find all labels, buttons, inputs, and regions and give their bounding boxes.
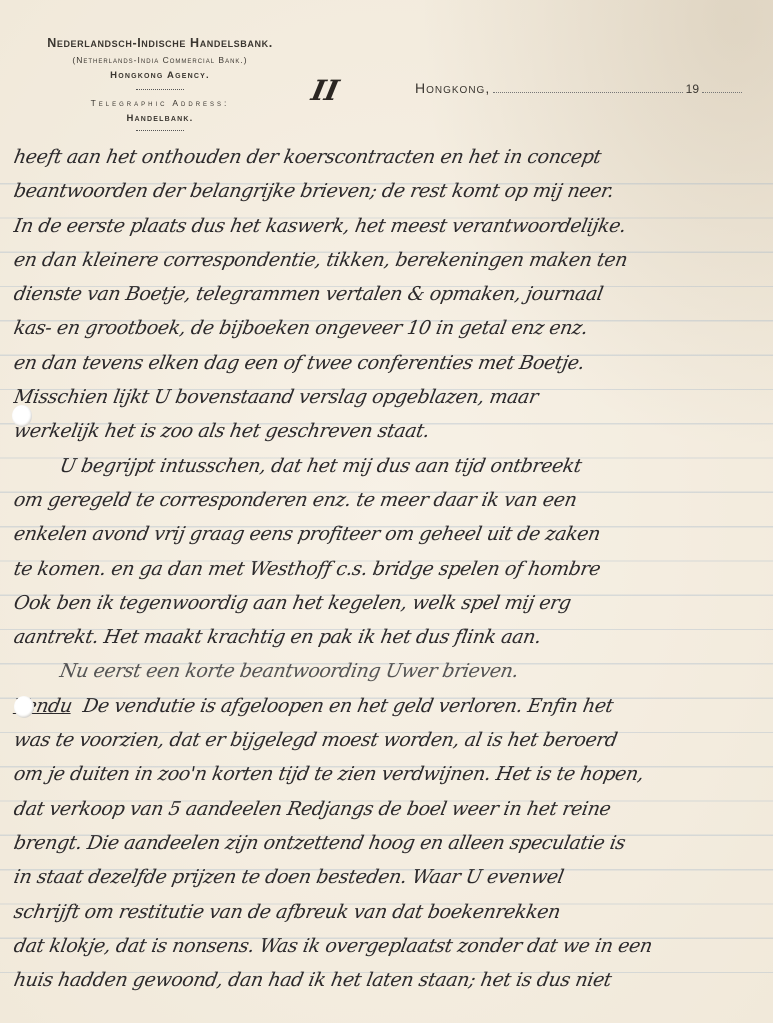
letter-body: heeft aan het onthouden der koerscontrac… [14,140,773,997]
punch-hole [14,696,34,718]
text-line: brengt. Die aandeelen zijn ontzettend ho… [11,826,773,860]
bank-name: Nederlandsch-Indische Handelsbank. [20,36,300,50]
text-line: en dan kleinere correspondentie, tikken,… [11,243,773,277]
year-prefix: 19 [686,82,699,96]
text-line: schrijft om restitutie van de afbreuk va… [11,895,773,929]
text-line: om je duiten in zoo'n korten tijd te zie… [11,757,773,791]
telegraphic-label: Telegraphic Address: [20,98,300,108]
text-line: was te voorzien, dat er bijgelegd moest … [11,723,773,757]
text-line: enkelen avond vrij graag eens profiteer … [11,517,773,551]
text-line: In de eerste plaats dus het kaswerk, het… [11,209,773,243]
text-line-with-margin-note: Vendu De vendutie is afgeloopen en het g… [11,689,773,723]
divider [136,126,184,131]
text-line: in staat dezelfde prijzen te doen bested… [11,860,773,894]
place-date-line: Hongkong, 19 [415,80,745,96]
text-line: om geregeld te corresponderen enz. te me… [11,483,773,517]
punch-hole [12,405,32,427]
text-line: heeft aan het onthouden der koerscontrac… [11,140,773,174]
text-line: en dan tevens elken dag een of twee conf… [11,346,773,380]
letterhead: Nederlandsch-Indische Handelsbank. (Neth… [20,36,300,139]
text-line: Ook ben ik tegenwoordig aan het kegelen,… [11,586,773,620]
agency-name: Hongkong Agency. [20,70,300,81]
divider [136,85,184,90]
text-line: werkelijk het is zoo als het geschreven … [11,414,773,448]
text-line: dat verkoop van 5 aandeelen Redjangs de … [11,792,773,826]
text-line: te komen. en ga dan met Westhoff c.s. br… [11,552,773,586]
place-name: Hongkong, [415,80,490,96]
text-line: dat klokje, dat is nonsens. Was ik overg… [11,929,773,963]
text-line: dienste van Boetje, telegrammen vertalen… [11,277,773,311]
bank-name-english: (Netherlands-India Commercial Bank.) [20,55,300,65]
text-line: Misschien lijkt U bovenstaand verslag op… [11,380,773,414]
text-line: De vendutie is afgeloopen en het geld ve… [81,695,615,717]
text-line: kas- en grootboek, de bijboeken ongeveer… [11,311,773,345]
text-line: aantrekt. Het maakt krachtig en pak ik h… [11,620,773,654]
telegraphic-address: Handelbank. [20,113,300,124]
text-line: Nu eerst een korte beantwoording Uwer br… [11,654,773,688]
text-line: U begrijpt intusschen, dat het mij dus a… [11,449,773,483]
text-line: huis hadden gewoond, dan had ik het late… [11,963,773,997]
text-line: beantwoorden der belangrijke brieven; de… [11,174,773,208]
date-blank [493,82,682,93]
year-blank [702,82,742,93]
